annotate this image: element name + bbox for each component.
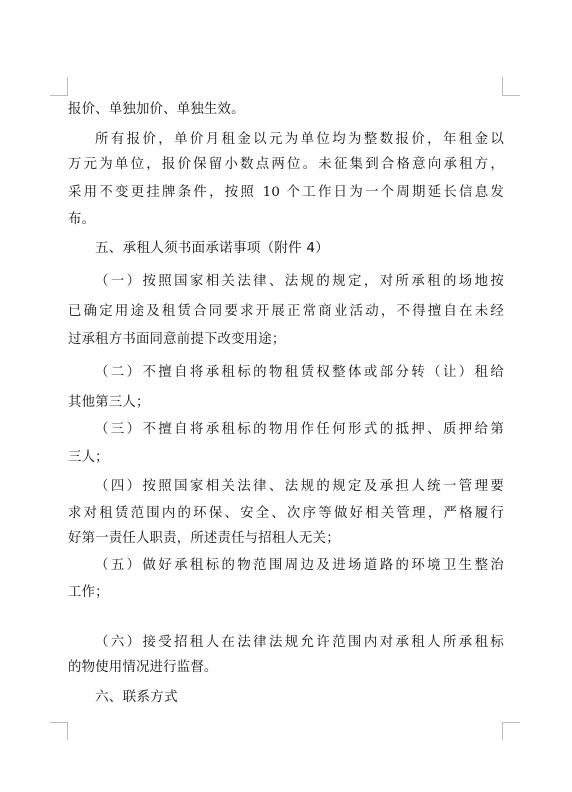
text-line: 采用不变更挂牌条件，按照 10 个工作日为一个周期延长信息发 bbox=[68, 184, 504, 202]
corner-mark-bottom-right-v bbox=[502, 722, 503, 740]
text-line: 已确定用途及租赁合同要求开展正常商业活动，不得擅自在未经 bbox=[68, 303, 504, 321]
corner-mark-top-right-v bbox=[502, 77, 503, 96]
text-line: 万元为单位，报价保留小数点两位。未征集到合格意向承租方， bbox=[68, 156, 504, 174]
corner-mark-top-left-h bbox=[50, 95, 68, 96]
text-line: 求对租赁范围内的环保、安全、次序等做好相关管理，严格履行 bbox=[68, 505, 504, 523]
text-line: 好第一责任人职责，所述责任与招租人无关； bbox=[68, 530, 504, 548]
corner-mark-bottom-left-v bbox=[67, 722, 68, 740]
text-line: （五）做好承租标的物范围周边及进场道路的环境卫生整治 bbox=[95, 557, 504, 575]
document-page: 报价、单独加价、单独生效。所有报价，单价月租金以元为单位均为整数报价，年租金以万… bbox=[0, 0, 572, 792]
text-line: （六）接受招租人在法律法规允许范围内对承租人所承租标 bbox=[95, 634, 504, 652]
corner-mark-bottom-left-h bbox=[50, 722, 68, 723]
text-line: 报价、单独加价、单独生效。 bbox=[68, 101, 504, 119]
corner-mark-top-right-h bbox=[502, 95, 520, 96]
text-line: 所有报价，单价月租金以元为单位均为整数报价，年租金以 bbox=[95, 131, 504, 149]
section-heading: 五、承租人须书面承诺事项（附件 4） bbox=[95, 239, 504, 257]
corner-mark-bottom-right-h bbox=[502, 722, 520, 723]
corner-mark-top-left-v bbox=[67, 77, 68, 96]
text-line: 三人； bbox=[68, 449, 504, 467]
text-line: （二）不擅自将承租标的物租赁权整体或部分转（让）租给 bbox=[95, 364, 504, 382]
text-line: （三）不擅自将承租标的物用作任何形式的抵押、质押给第 bbox=[95, 421, 504, 439]
section-heading: 六、联系方式 bbox=[95, 688, 504, 706]
text-line: （一）按照国家相关法律、法规的规定，对所承租的场地按 bbox=[95, 273, 504, 291]
text-line: 的物使用情况进行监督。 bbox=[68, 659, 504, 677]
text-line: 过承租方书面同意前提下改变用途； bbox=[68, 331, 504, 349]
text-line: 布。 bbox=[68, 211, 504, 229]
text-line: （四）按照国家相关法律、法规的规定及承担人统一管理要 bbox=[95, 478, 504, 496]
text-line: 其他第三人； bbox=[68, 394, 504, 412]
text-line: 工作； bbox=[68, 584, 504, 602]
